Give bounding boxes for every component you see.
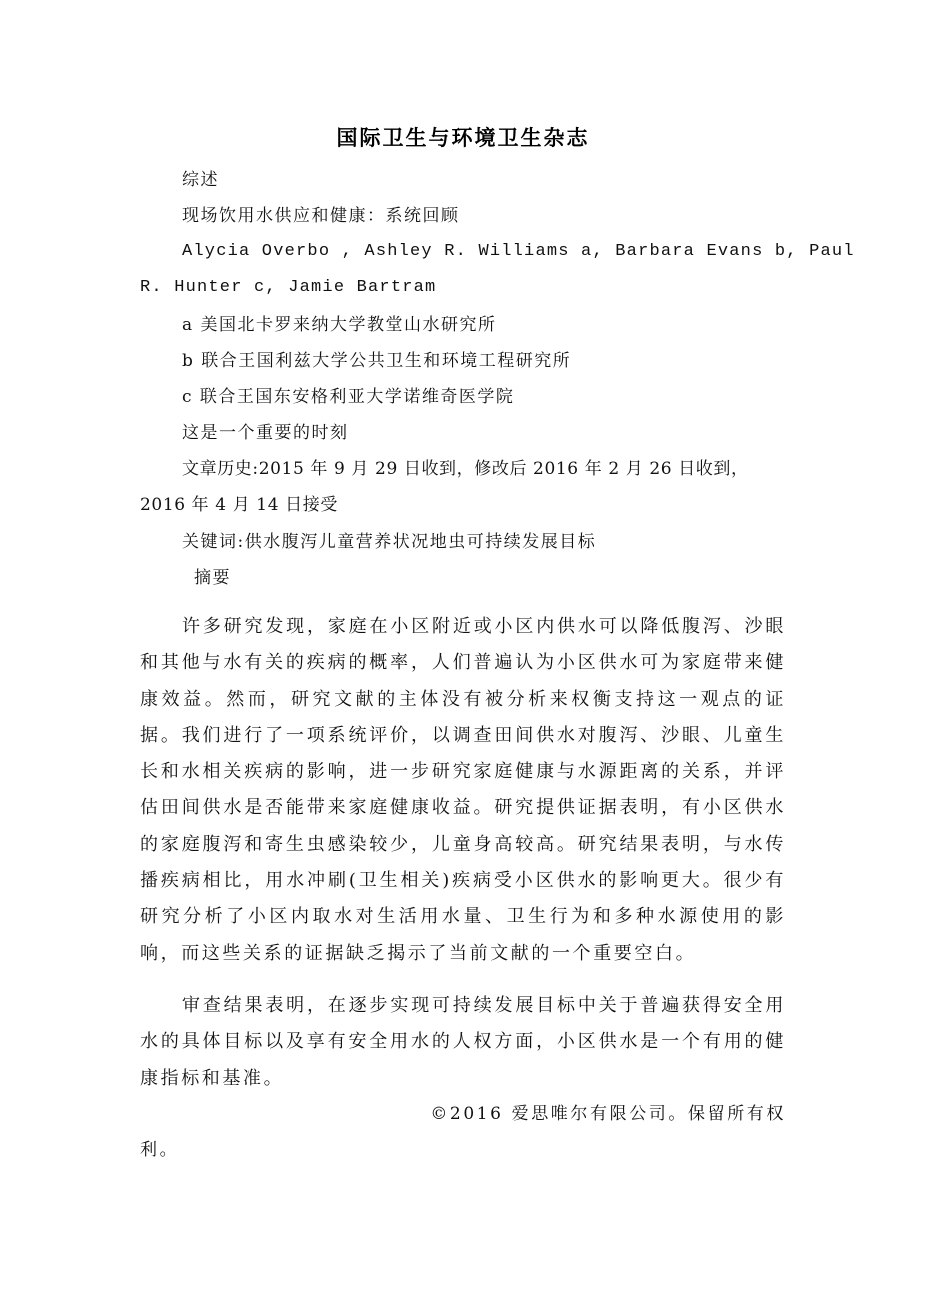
affiliation-b: b 联合王国利兹大学公共卫生和环境工程研究所 <box>182 349 786 373</box>
copyright-line-2: 利。 <box>140 1132 786 1168</box>
article-title: 现场饮用水供应和健康：系统回顾 <box>182 204 786 228</box>
keywords: 关键词:供水腹泻儿童营养状况地虫可持续发展目标 <box>182 530 786 554</box>
copyright-notice: ©2016 爱思唯尔有限公司。保留所有权 利。 <box>140 1096 786 1168</box>
note-line: 这是一个重要的时刻 <box>182 421 786 445</box>
authors-line-1: Alycia Overbo , Ashley R. Williams a, Ba… <box>182 240 786 264</box>
journal-title: 国际卫生与环境卫生杂志 <box>140 122 786 154</box>
authors-line-2: R. Hunter c, Jamie Bartram <box>140 276 786 300</box>
abstract-paragraph-1: 许多研究发现，家庭在小区附近或小区内供水可以降低腹泻、沙眼和其他与水有关的疾病的… <box>140 609 786 972</box>
copyright-line-1: ©2016 爱思唯尔有限公司。保留所有权 <box>140 1096 786 1132</box>
article-history-line-1: 文章历史:2015 年 9 月 29 日收到，修改后 2016 年 2 月 26… <box>182 457 786 481</box>
article-history-line-2: 2016 年 4 月 14 日接受 <box>140 493 786 517</box>
affiliation-c: c 联合王国东安格利亚大学诺维奇医学院 <box>182 385 786 409</box>
abstract-heading: 摘要 <box>194 566 840 590</box>
affiliation-a: a 美国北卡罗来纳大学教堂山水研究所 <box>182 313 786 337</box>
article-type: 综述 <box>182 168 786 192</box>
abstract-paragraph-2: 审查结果表明，在逐步实现可持续发展目标中关于普遍获得安全用水的具体目标以及享有安… <box>140 988 786 1097</box>
